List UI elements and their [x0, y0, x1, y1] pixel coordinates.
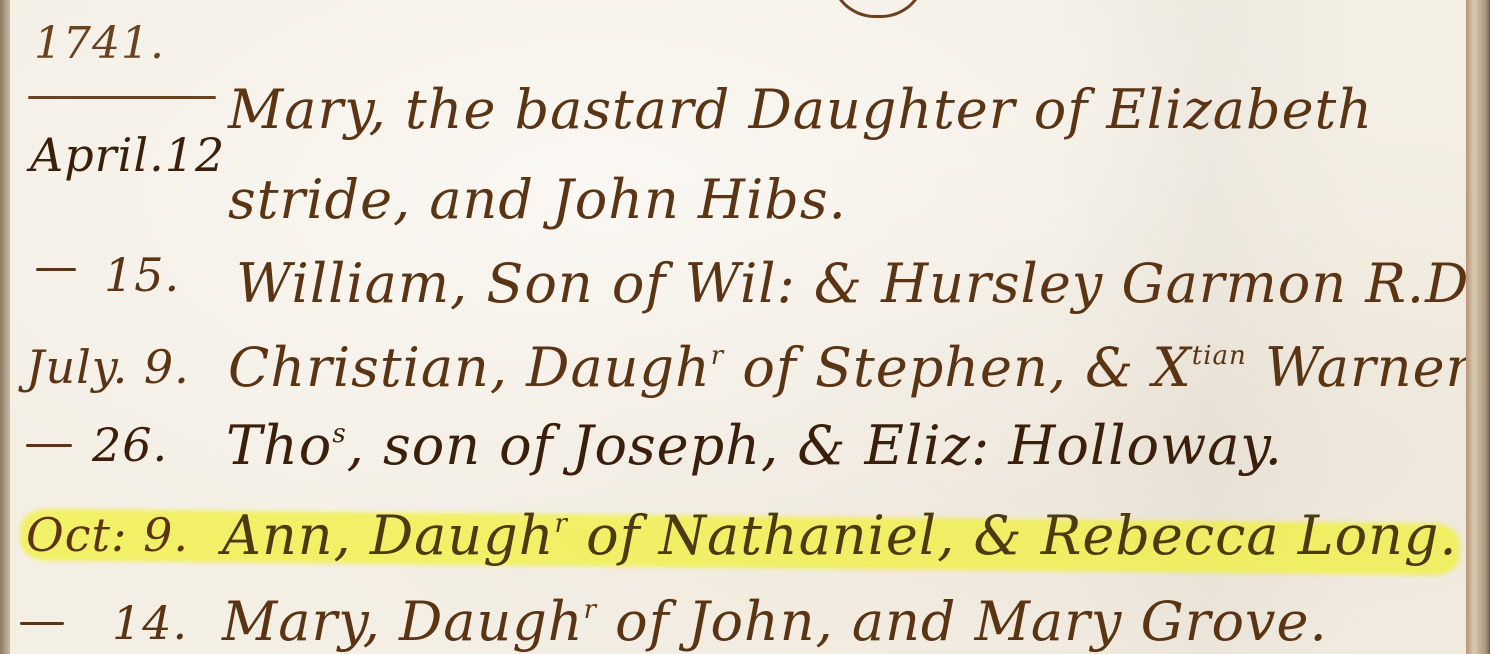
entry-text: Christian, Daughr of Stephen, & Xtian Wa… [228, 336, 1485, 399]
abbrev-superscript: r [584, 595, 597, 625]
year-underline [28, 96, 216, 99]
entry-text-end: Warner. [1247, 336, 1485, 399]
entry-text: Mary, Daughr of John, and Mary Grove. [222, 590, 1328, 653]
ditto-dash [20, 622, 64, 625]
entry-date: April.12 [30, 128, 225, 182]
year-heading: 1741. [34, 18, 165, 69]
register-page: 1741. April.12 Mary, the bastard Daughte… [0, 0, 1490, 654]
entry-text-main: Tho [226, 414, 332, 477]
entry-text-line2: stride, and John Hibs. [228, 168, 847, 231]
entry-text: William, Son of Wil: & Hursley Garmon R.… [236, 252, 1486, 315]
entry-text-line1: Mary, the bastard Daughter of Elizabeth [228, 78, 1373, 141]
ditto-dash [36, 268, 76, 271]
page-edge [1466, 0, 1490, 654]
entry-text-main: Ann, Daugh [222, 504, 555, 567]
entry-text: Thos, son of Joseph, & Eliz: Holloway. [226, 414, 1283, 477]
entry-date: 14. [112, 596, 188, 650]
entry-text: Ann, Daughr of Nathaniel, & Rebecca Long… [222, 504, 1458, 567]
entry-text-end: of Nathaniel, & Rebecca Long. [568, 504, 1458, 567]
entry-date: Oct: 9. [26, 508, 189, 562]
entry-date: July. 9. [26, 340, 190, 394]
entry-text-main: Mary, Daugh [222, 590, 584, 653]
entry-text-end: , son of Joseph, & Eliz: Holloway. [347, 414, 1283, 477]
binding-edge [0, 0, 10, 654]
abbrev-superscript: s [332, 419, 346, 449]
entry-text-end: of John, and Mary Grove. [597, 590, 1328, 653]
entry-text-mid: of Stephen, & X [724, 336, 1192, 399]
entry-text-main: Christian, Daugh [228, 336, 711, 399]
entry-date: 26. [92, 418, 168, 472]
abbrev-superscript: tian [1192, 341, 1247, 371]
ditto-dash [26, 444, 72, 447]
abbrev-superscript: r [711, 341, 724, 371]
abbrev-superscript: r [555, 509, 568, 539]
ink-flourish [830, 0, 926, 18]
entry-date: 15. [104, 248, 180, 302]
